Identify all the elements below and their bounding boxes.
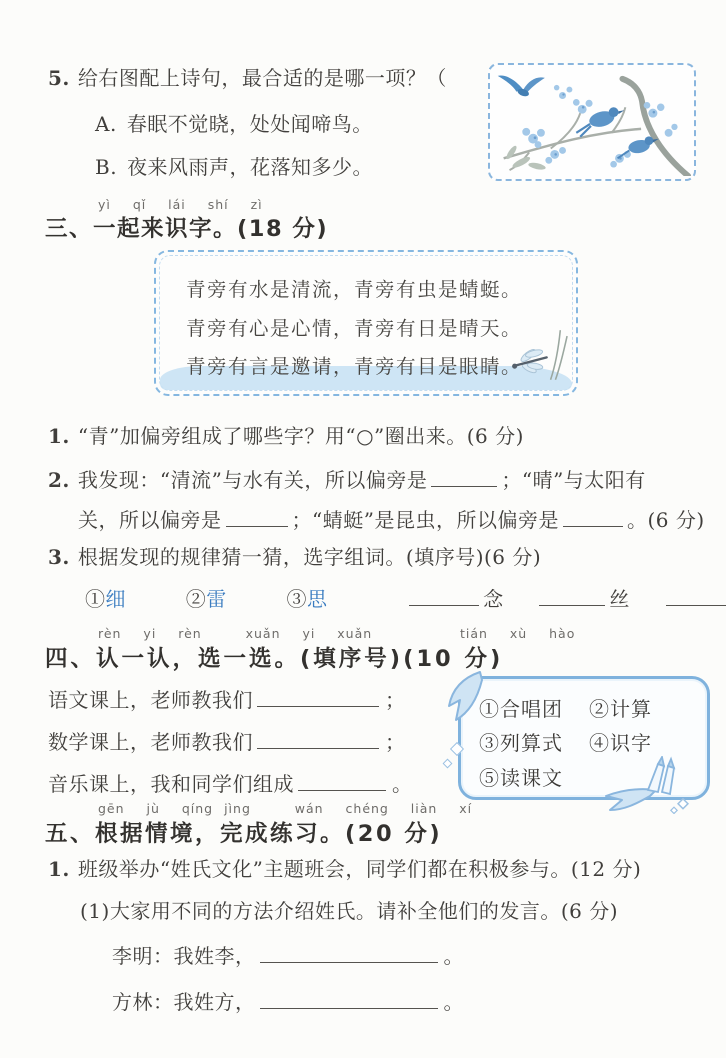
answer-blank xyxy=(298,769,386,791)
ribbon-icon xyxy=(440,668,492,732)
sentence-post: 。 xyxy=(392,772,413,796)
question-2-number: 2. xyxy=(48,468,70,492)
speaker-line-2: 方林：我姓方，。 xyxy=(112,987,464,1015)
flying-bird xyxy=(498,75,545,97)
bird-painting-frame xyxy=(488,63,696,181)
question-2-seg5: 。(6 分) xyxy=(627,508,705,532)
speaker-pre: 李明：我姓李， xyxy=(112,944,256,968)
word-blank: 念 xyxy=(405,587,504,611)
choice-box-item: ④识字 xyxy=(589,731,652,755)
choice-char: 细 xyxy=(106,587,127,611)
section3-pinyin: yì qǐ lái shí zì xyxy=(98,197,263,212)
speaker-line-1: 李明：我姓李，。 xyxy=(112,941,464,969)
choice-box-item: ⑤读课文 xyxy=(479,766,563,790)
question-5-option-a: A.春眠不觉晓，处处闻啼鸟。 xyxy=(95,112,373,137)
riddle-box: 青旁有水是清流，青旁有虫是蜻蜓。 青旁有心是心情，青旁有日是晴天。 青旁有言是邀… xyxy=(154,250,578,396)
section5-subquestion-1: (1)大家用不同的方法介绍姓氏。请补全他们的发言。(6 分) xyxy=(80,899,618,924)
answer-blank xyxy=(226,505,288,527)
question-1: 1.“青”加偏旁组成了哪些字？用“○”圈出来。(6 分) xyxy=(48,424,524,449)
pencils-ribbon-icon xyxy=(596,756,692,814)
question-text: 班级举办“姓氏文化”主题班会，同学们都在积极参与。(12 分) xyxy=(78,857,641,881)
section3-heading: 三、一起来识字。(18 分) xyxy=(45,211,328,243)
answer-blank xyxy=(409,584,479,606)
sentence-line-3: 音乐课上，我和同学们组成。 xyxy=(48,769,413,797)
question-3-choices: ①细 ②雷 ③思 念 丝 雨 xyxy=(85,584,726,612)
option-b-label: B. xyxy=(95,155,117,179)
answer-blank xyxy=(257,685,379,707)
answer-blank xyxy=(260,941,438,963)
option-a-text: 春眠不觉晓，处处闻啼鸟。 xyxy=(127,112,373,136)
question-3: 3.根据发现的规律猜一猜，选字组词。(填序号)(6 分) xyxy=(48,545,541,570)
question-1-number: 1. xyxy=(48,424,70,448)
choice-box-item: ②计算 xyxy=(589,697,652,721)
choice-char: 雷 xyxy=(206,587,227,611)
section5-pinyin: gēn jù qíng jìng wán chéng liàn xí xyxy=(98,801,472,816)
question-2-line1: 2.我发现：“清流”与水有关，所以偏旁是；“晴”与太阳有 xyxy=(48,465,646,493)
section4-heading: 四、认一认，选一选。(填序号)(10 分) xyxy=(45,641,503,673)
subquestion-text: 大家用不同的方法介绍姓氏。请补全他们的发言。(6 分) xyxy=(110,899,618,923)
question-2-seg1: 我发现：“清流”与水有关，所以偏旁是 xyxy=(78,468,427,492)
question-5-text: 给右图配上诗句，最合适的是哪一项？（ ） xyxy=(78,66,509,90)
perched-bird-2 xyxy=(618,136,659,158)
choice-box-row-2: ③列算式④识字 xyxy=(479,727,652,756)
choice-item: ①细 xyxy=(85,587,126,611)
question-number: 1. xyxy=(48,857,70,881)
circled-number: ③ xyxy=(286,587,307,611)
question-5-option-b: B.夜来风雨声，花落知多少。 xyxy=(95,155,373,180)
question-3-text: 根据发现的规律猜一猜，选字组词。(填序号)(6 分) xyxy=(78,545,541,569)
question-5-number: 5. xyxy=(48,66,70,90)
choice-box-row-3: ⑤读课文 xyxy=(479,762,563,791)
question-2-seg3: 关，所以偏旁是 xyxy=(78,508,222,532)
question-2-seg4: ；“蜻蜓”是昆虫，所以偏旁是 xyxy=(292,508,559,532)
riddle-line: 青旁有水是清流，青旁有虫是蜻蜓。 xyxy=(186,274,522,302)
blank-suffix: 念 xyxy=(483,587,504,611)
sentence-line-2: 数学课上，老师教我们； xyxy=(48,727,406,755)
dragonfly-icon xyxy=(502,328,570,386)
question-2-line2: 关，所以偏旁是；“蜻蜓”是昆虫，所以偏旁是。(6 分) xyxy=(78,505,705,533)
circled-number: ① xyxy=(85,587,106,611)
word-blank: 丝 xyxy=(535,587,630,611)
circled-number: ② xyxy=(186,587,207,611)
choice-char: 思 xyxy=(307,587,328,611)
section5-heading: 五、根据情境，完成练习。(20 分) xyxy=(45,816,442,848)
choice-item: ②雷 xyxy=(186,587,227,611)
sentence-pre: 音乐课上，我和同学们组成 xyxy=(48,772,294,796)
sentence-line-1: 语文课上，老师教我们； xyxy=(48,685,406,713)
speaker-post: 。 xyxy=(444,944,465,968)
speaker-post: 。 xyxy=(444,990,465,1014)
sentence-pre: 语文课上，老师教我们 xyxy=(48,688,253,712)
sentence-post: ； xyxy=(385,730,406,754)
question-1-text: “青”加偏旁组成了哪些字？用“○”圈出来。(6 分) xyxy=(78,424,524,448)
section5-question-1: 1.班级举办“姓氏文化”主题班会，同学们都在积极参与。(12 分) xyxy=(48,857,641,882)
worksheet-page: 5.给右图配上诗句，最合适的是哪一项？（ ） A.春眠不觉晓，处处闻啼鸟。 B.… xyxy=(0,0,726,1058)
answer-blank xyxy=(260,987,438,1009)
answer-blank xyxy=(539,584,605,606)
answer-blank xyxy=(666,584,726,606)
bird-painting xyxy=(493,68,691,176)
option-b-text: 夜来风雨声，花落知多少。 xyxy=(127,155,373,179)
answer-blank xyxy=(257,727,379,749)
choice-item: ③思 xyxy=(286,587,327,611)
speaker-pre: 方林：我姓方， xyxy=(112,990,256,1014)
riddle-line: 青旁有言是邀请，青旁有目是眼睛。 xyxy=(186,351,522,379)
section4-pinyin: rèn yi rèn xuǎn yi xuǎn tián xù hào xyxy=(98,626,575,641)
blank-suffix: 丝 xyxy=(609,587,630,611)
answer-blank xyxy=(431,465,497,487)
word-blank: 雨 xyxy=(662,587,726,611)
sentence-post: ； xyxy=(385,688,406,712)
choice-box-item: ③列算式 xyxy=(479,731,563,755)
option-a-label: A. xyxy=(95,112,117,136)
question-2-seg2: ；“晴”与太阳有 xyxy=(501,468,645,492)
riddle-line: 青旁有心是心情，青旁有日是晴天。 xyxy=(186,313,522,341)
subquestion-number: (1) xyxy=(80,899,110,923)
sentence-pre: 数学课上，老师教我们 xyxy=(48,730,253,754)
choice-box-row-1: ①合唱团②计算 xyxy=(479,693,652,722)
sparkle-icon xyxy=(443,759,453,769)
answer-blank xyxy=(563,505,623,527)
question-3-number: 3. xyxy=(48,545,70,569)
question-5: 5.给右图配上诗句，最合适的是哪一项？（ ） xyxy=(48,66,508,91)
